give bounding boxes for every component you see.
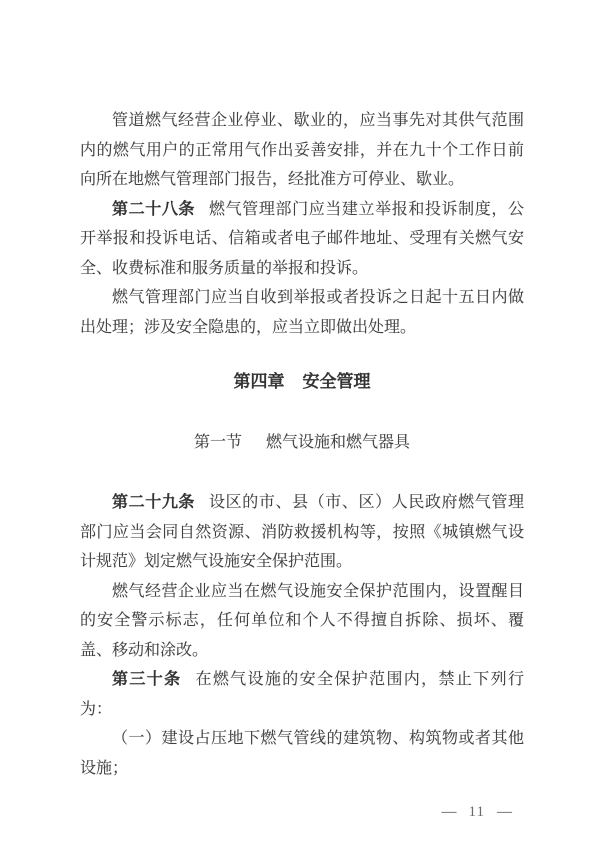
page-number: — 11 — — [442, 804, 512, 821]
paragraph-text: 燃气管理部门应当自收到举报或者投诉之日起十五日内做出处理；涉及安全隐患的，应当立… — [80, 289, 524, 336]
paragraph-text: 燃气经营企业应当在燃气设施安全保护范围内，设置醒目的安全警示标志，任何单位和个人… — [80, 583, 524, 659]
document-page: 管道燃气经营企业停业、歇业的，应当事先对其供气范围内的燃气用户的正常用气作出妥善… — [0, 0, 600, 848]
chapter-label: 第四章 — [234, 372, 285, 391]
chapter-4-heading: 第四章安全管理 — [80, 367, 524, 397]
article-28-number: 第二十八条 — [112, 201, 195, 218]
section-title: 燃气设施和燃气器具 — [266, 434, 410, 451]
paragraph-text: 管道燃气经营企业停业、歇业的，应当事先对其供气范围内的燃气用户的正常用气作出妥善… — [80, 112, 524, 188]
article-28-paragraph: 第二十八条燃气管理部门应当建立举报和投诉制度，公开举报和投诉电话、信箱或者电子邮… — [80, 195, 524, 284]
page-number-dash-left: — — [442, 804, 457, 821]
article-29-paragraph: 第二十九条设区的市、县（市、区）人民政府燃气管理部门应当会同自然资源、消防救援机… — [80, 488, 524, 577]
paragraph-complaint-handling: 燃气管理部门应当自收到举报或者投诉之日起十五日内做出处理；涉及安全隐患的，应当立… — [80, 283, 524, 342]
paragraph-text: （一）建设占压地下燃气管线的建筑物、构筑物或者其他设施； — [80, 730, 524, 777]
page-content: 管道燃气经营企业停业、歇业的，应当事先对其供气范围内的燃气用户的正常用气作出妥善… — [80, 106, 524, 783]
page-number-value: 11 — [469, 804, 485, 821]
list-item-1: （一）建设占压地下燃气管线的建筑物、构筑物或者其他设施； — [80, 724, 524, 783]
paragraph-pipeline-business-suspension: 管道燃气经营企业停业、歇业的，应当事先对其供气范围内的燃气用户的正常用气作出妥善… — [80, 106, 524, 195]
paragraph-safety-warning-signs: 燃气经营企业应当在燃气设施安全保护范围内，设置醒目的安全警示标志，任何单位和个人… — [80, 577, 524, 666]
article-30-number: 第三十条 — [112, 671, 181, 688]
section-label: 第一节 — [194, 434, 242, 451]
chapter-title: 安全管理 — [303, 372, 371, 391]
section-1-heading: 第一节燃气设施和燃气器具 — [80, 428, 524, 458]
article-29-number: 第二十九条 — [112, 494, 195, 511]
page-number-dash-right: — — [497, 804, 512, 821]
article-30-paragraph: 第三十条在燃气设施的安全保护范围内，禁止下列行为： — [80, 665, 524, 724]
